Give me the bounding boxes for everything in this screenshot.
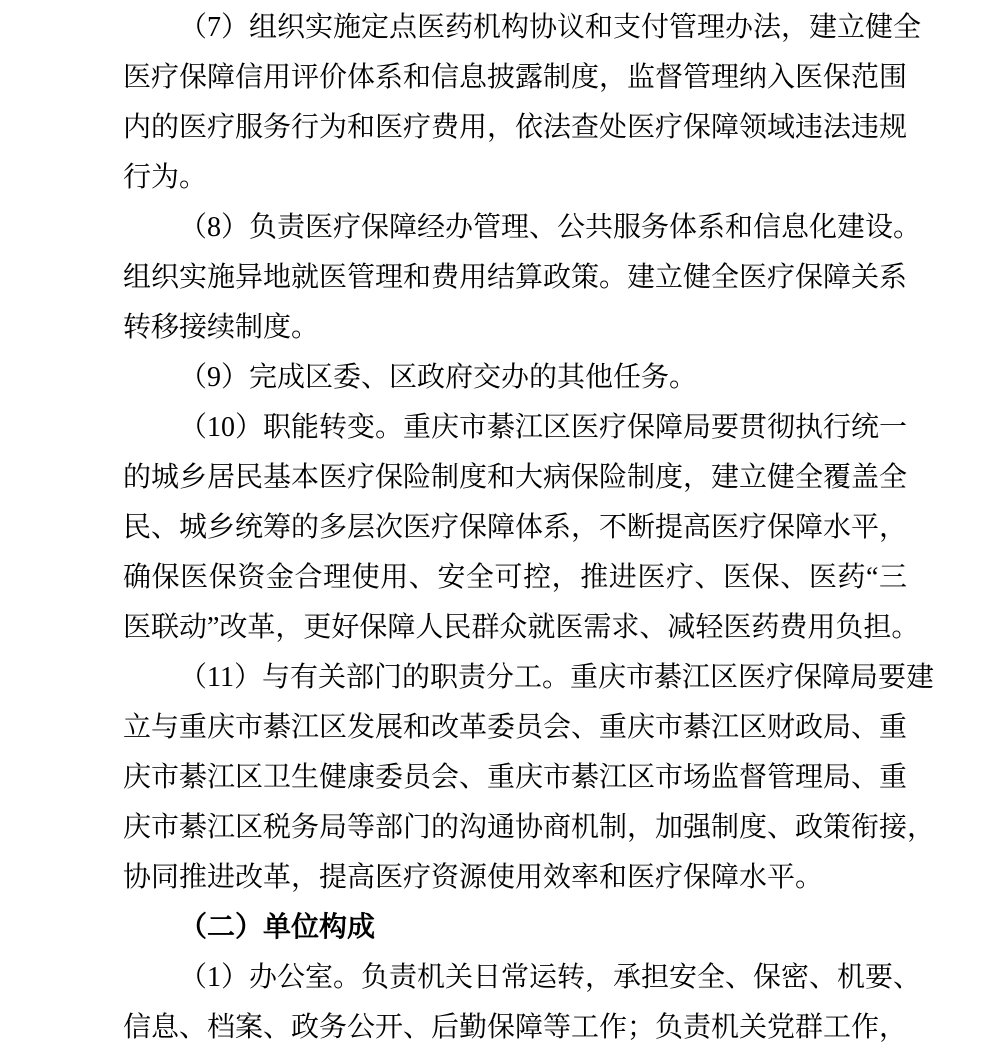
- text-line: 内的医疗服务行为和医疗费用，依法查处医疗保障领域违法违规: [123, 103, 907, 153]
- text-line: 组织实施异地就医管理和费用结算政策。建立健全医疗保障关系: [123, 253, 907, 303]
- text-line: （7）组织实施定点医药机构协议和支付管理办法，建立健全: [123, 3, 907, 53]
- text-line: （9）完成区委、区政府交办的其他任务。: [123, 353, 907, 403]
- paragraph: （9）完成区委、区政府交办的其他任务。: [123, 353, 907, 403]
- text-line: 立与重庆市綦江区发展和改革委员会、重庆市綦江区财政局、重: [123, 703, 907, 753]
- text-line: （10）职能转变。重庆市綦江区医疗保障局要贯彻执行统一: [123, 403, 907, 453]
- section-heading: （二）单位构成: [123, 903, 907, 953]
- paragraph: （1）办公室。负责机关日常运转，承担安全、保密、机要、信息、档案、政务公开、后勤…: [123, 953, 907, 1053]
- text-line: 民、城乡统筹的多层次医疗保障体系，不断提高医疗保障水平，: [123, 503, 907, 553]
- text-line: （11）与有关部门的职责分工。重庆市綦江区医疗保障局要建: [123, 653, 907, 703]
- text-line: 庆市綦江区卫生健康委员会、重庆市綦江区市场监督管理局、重: [123, 753, 907, 803]
- text-line: 信息、档案、政务公开、后勤保障等工作；负责机关党群工作，: [123, 1003, 907, 1053]
- text-line: 医疗保障信用评价体系和信息披露制度，监督管理纳入医保范围: [123, 53, 907, 103]
- text-line: （8）负责医疗保障经办管理、公共服务体系和信息化建设。: [123, 203, 907, 253]
- text-line: 行为。: [123, 153, 907, 203]
- paragraph: （7）组织实施定点医药机构协议和支付管理办法，建立健全医疗保障信用评价体系和信息…: [123, 3, 907, 203]
- text-line: 协同推进改革，提高医疗资源使用效率和医疗保障水平。: [123, 853, 907, 903]
- text-line: 医联动”改革，更好保障人民群众就医需求、减轻医药费用负担。: [123, 603, 907, 653]
- text-line: 庆市綦江区税务局等部门的沟通协商机制，加强制度、政策衔接，: [123, 803, 907, 853]
- text-line: 的城乡居民基本医疗保险制度和大病保险制度，建立健全覆盖全: [123, 453, 907, 503]
- text-line: 确保医保资金合理使用、安全可控，推进医疗、医保、医药“三: [123, 553, 907, 603]
- text-line: 转移接续制度。: [123, 303, 907, 353]
- paragraph: （11）与有关部门的职责分工。重庆市綦江区医疗保障局要建立与重庆市綦江区发展和改…: [123, 653, 907, 903]
- text-line: （1）办公室。负责机关日常运转，承担安全、保密、机要、: [123, 953, 907, 1003]
- paragraph: （10）职能转变。重庆市綦江区医疗保障局要贯彻执行统一的城乡居民基本医疗保险制度…: [123, 403, 907, 653]
- text-line: （二）单位构成: [123, 903, 907, 953]
- paragraph: （8）负责医疗保障经办管理、公共服务体系和信息化建设。组织实施异地就医管理和费用…: [123, 203, 907, 353]
- document-body: （7）组织实施定点医药机构协议和支付管理办法，建立健全医疗保障信用评价体系和信息…: [0, 0, 907, 1053]
- document-page: （7）组织实施定点医药机构协议和支付管理办法，建立健全医疗保障信用评价体系和信息…: [0, 0, 1000, 1053]
